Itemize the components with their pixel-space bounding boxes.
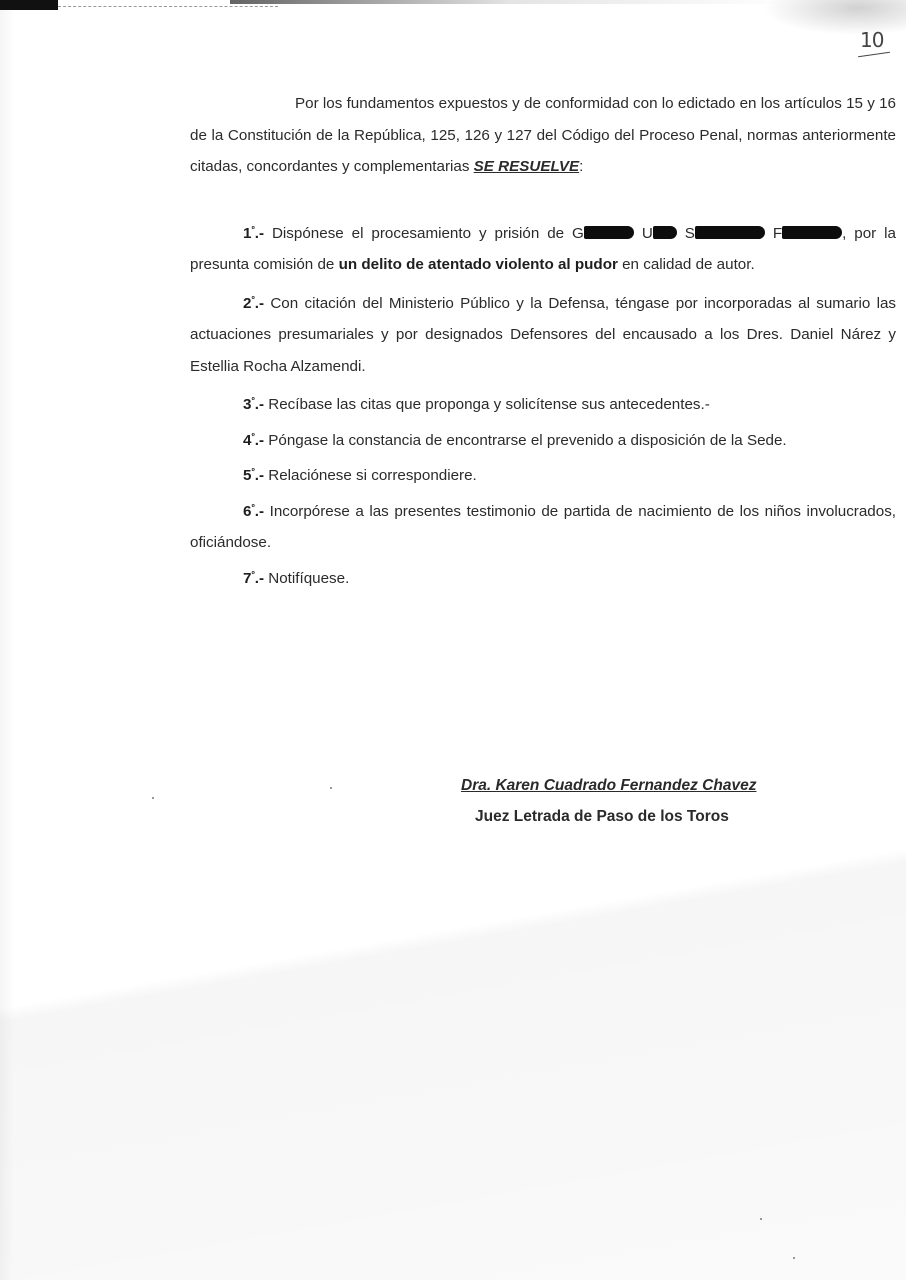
resolve-colon: : bbox=[579, 158, 583, 175]
resolution-body: Por los fundamentos expuestos y de confo… bbox=[190, 88, 896, 594]
scan-speck bbox=[152, 797, 154, 799]
redaction-block bbox=[695, 226, 765, 239]
redacted-initial: U bbox=[642, 225, 653, 242]
item-4: 4º.- Póngase la constancia de encontrars… bbox=[190, 421, 896, 457]
scan-edge-shadow bbox=[230, 0, 790, 4]
scan-border-artifact bbox=[0, 0, 58, 10]
item-7: 7º.- Notifíquese. bbox=[190, 559, 896, 595]
redacted-initial: G bbox=[572, 225, 584, 242]
resolve-heading: SE RESUELVE bbox=[474, 158, 580, 175]
item-number: 1º.- bbox=[243, 225, 272, 242]
item-number: 2º.- bbox=[243, 295, 270, 312]
item-2: 2º.- Con citación del Ministerio Público… bbox=[190, 284, 896, 383]
item-text: Incorpórese a las presentes testimonio d… bbox=[190, 503, 896, 552]
item-text: Con citación del Ministerio Público y la… bbox=[190, 295, 896, 375]
item-text: Dispónese el procesamiento y prisión de bbox=[272, 225, 572, 242]
redaction-block bbox=[782, 226, 842, 239]
redaction-block bbox=[584, 226, 634, 239]
scanned-page: 10 Por los fundamentos expuestos y de co… bbox=[0, 0, 906, 1280]
item-1: 1º.- Dispónese el procesamiento y prisió… bbox=[190, 214, 896, 281]
item-text: Relaciónese si correspondiere. bbox=[268, 467, 477, 484]
item-5: 5º.- Relaciónese si correspondiere. bbox=[190, 456, 896, 492]
page-number-underline bbox=[858, 52, 890, 57]
redacted-initial: F bbox=[773, 225, 782, 242]
item-text: Recíbase las citas que proponga y solicí… bbox=[268, 396, 710, 413]
item-6: 6º.- Incorpórese a las presentes testimo… bbox=[190, 492, 896, 559]
redaction-block bbox=[653, 226, 677, 239]
handwritten-page-number: 10 bbox=[860, 28, 883, 52]
item-number: 4º.- bbox=[243, 432, 268, 449]
item-number: 6º.- bbox=[243, 503, 270, 520]
scan-speck bbox=[760, 1218, 762, 1220]
redacted-initial: S bbox=[685, 225, 695, 242]
scan-speck bbox=[330, 787, 332, 789]
judge-signature-name: Dra. Karen Cuadrado Fernandez Chavez bbox=[461, 777, 756, 795]
item-text: en calidad de autor. bbox=[618, 256, 755, 273]
scan-edge-artifact bbox=[58, 6, 278, 8]
item-number: 3º.- bbox=[243, 396, 268, 413]
judge-title: Juez Letrada de Paso de los Toros bbox=[475, 808, 729, 826]
item-3: 3º.- Recíbase las citas que proponga y s… bbox=[190, 385, 896, 421]
scan-speck bbox=[793, 1257, 795, 1259]
item-number: 5º.- bbox=[243, 467, 268, 484]
item-text: Póngase la constancia de encontrarse el … bbox=[268, 432, 786, 449]
item-text: Notifíquese. bbox=[268, 570, 349, 587]
offense-description: un delito de atentado violento al pudor bbox=[339, 256, 618, 273]
item-number: 7º.- bbox=[243, 570, 268, 587]
intro-paragraph: Por los fundamentos expuestos y de confo… bbox=[190, 88, 896, 183]
